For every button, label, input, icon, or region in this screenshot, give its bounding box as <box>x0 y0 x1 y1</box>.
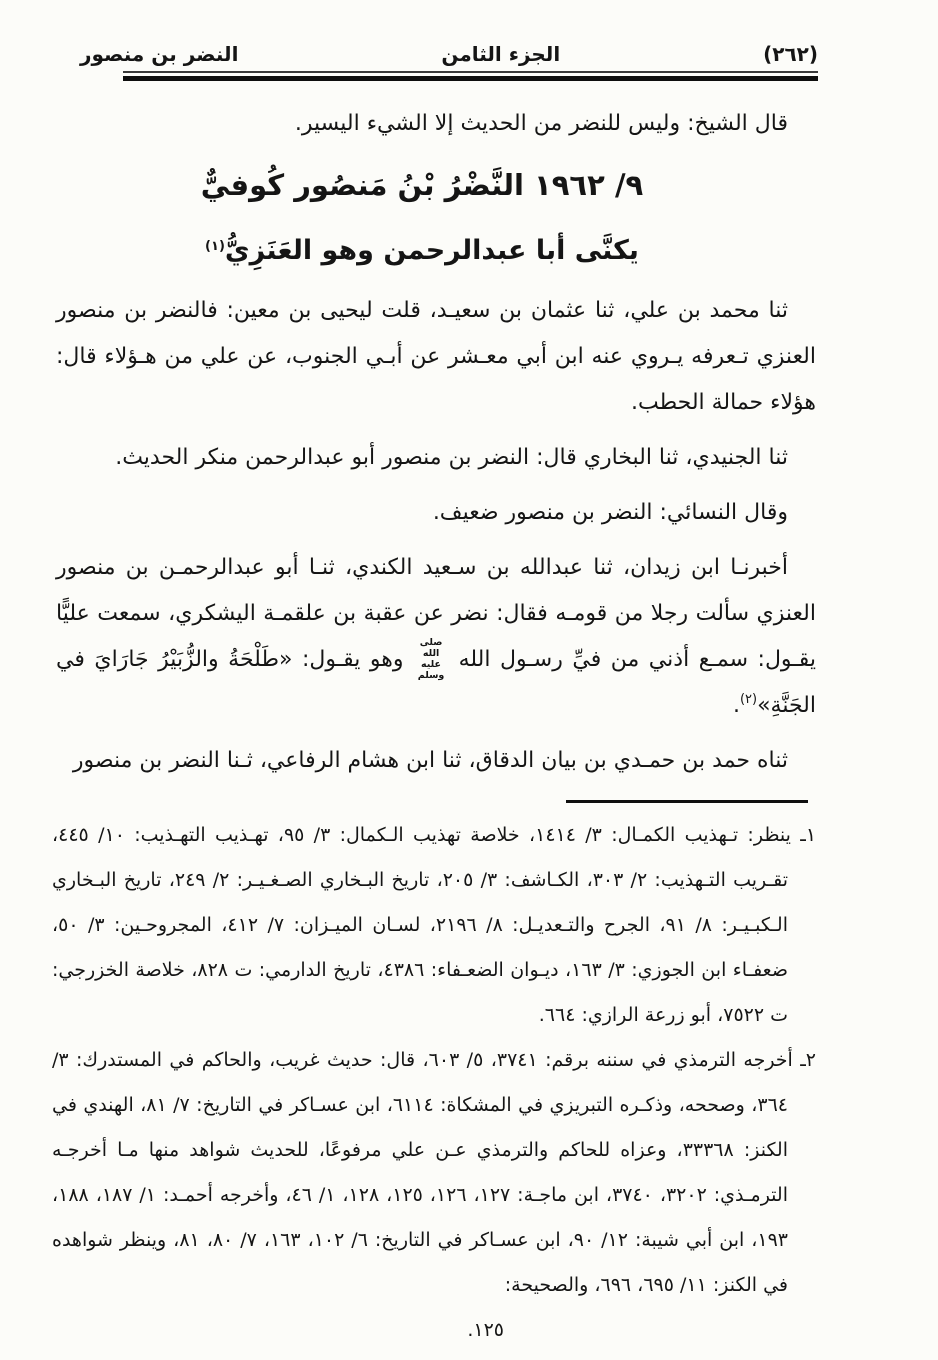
entry-name: النَّضْرُ بْنُ مَنصُور كُوفيٌّ <box>201 168 524 202</box>
paragraph-5: ثناه حمد بن حمـدي بن بيان الدقاق، ثنا اب… <box>56 738 816 784</box>
header-rule <box>123 71 818 81</box>
footnotes-section: ١ـ ينظر: تـهذيب الكمـال: ٣/ ١٤١٤، خلاصة … <box>0 813 938 1353</box>
paragraph-4-period: . <box>733 693 740 718</box>
footnote-2: ٢ـ أخرجه الترمذي في سننه برقم: ٣٧٤١، ٥/ … <box>52 1038 816 1308</box>
entry-body: قال الشيخ: وليس للنضر من الحديث إلا الشي… <box>0 81 938 784</box>
paragraph-1: ثنا محمد بن علي، ثنا عثمان بن سعيـد، قلت… <box>56 288 816 426</box>
entry-subtitle: يكنَّى أبا عبدالرحمن وهو العَنَزِيُّ(١) <box>56 223 816 279</box>
entry-number: ٩/ ١٩٦٢ <box>534 168 643 202</box>
footnote-ref-2: (٢) <box>740 692 757 707</box>
footnote-1: ١ـ ينظر: تـهذيب الكمـال: ٣/ ١٤١٤، خلاصة … <box>52 813 816 1038</box>
intro-line: قال الشيخ: وليس للنضر من الحديث إلا الشي… <box>56 101 816 147</box>
page-header: (٢٦٢) الجزء الثامن النضر بن منصور <box>0 0 938 68</box>
part-title: الجزء الثامن <box>441 42 560 66</box>
footnote-ref-1: (١) <box>205 239 225 254</box>
running-title: النضر بن منصور <box>80 42 238 66</box>
paragraph-3: وقال النسائي: النضر بن منصور ضعيف. <box>56 490 816 536</box>
page-number: (٢٦٢) <box>763 42 818 66</box>
book-page: (٢٦٢) الجزء الثامن النضر بن منصور قال ال… <box>0 0 938 1360</box>
paragraph-4: أخبرنـا ابن زيدان، ثنا عبدالله بن سـعيد … <box>56 545 816 729</box>
entry-heading: ٩/ ١٩٦٢ النَّضْرُ بْنُ مَنصُور كُوفيٌّ <box>56 156 816 214</box>
entry-kunya: يكنَّى أبا عبدالرحمن وهو العَنَزِيُّ <box>225 235 639 266</box>
footnote-2-continuation: ١٢٥. <box>52 1308 816 1353</box>
footnote-separator <box>566 800 808 803</box>
paragraph-2: ثنا الجنيدي، ثنا البخاري قال: النضر بن م… <box>56 435 816 481</box>
prophet-honorific-mark: صلى الله عليه وسلم <box>413 638 449 682</box>
